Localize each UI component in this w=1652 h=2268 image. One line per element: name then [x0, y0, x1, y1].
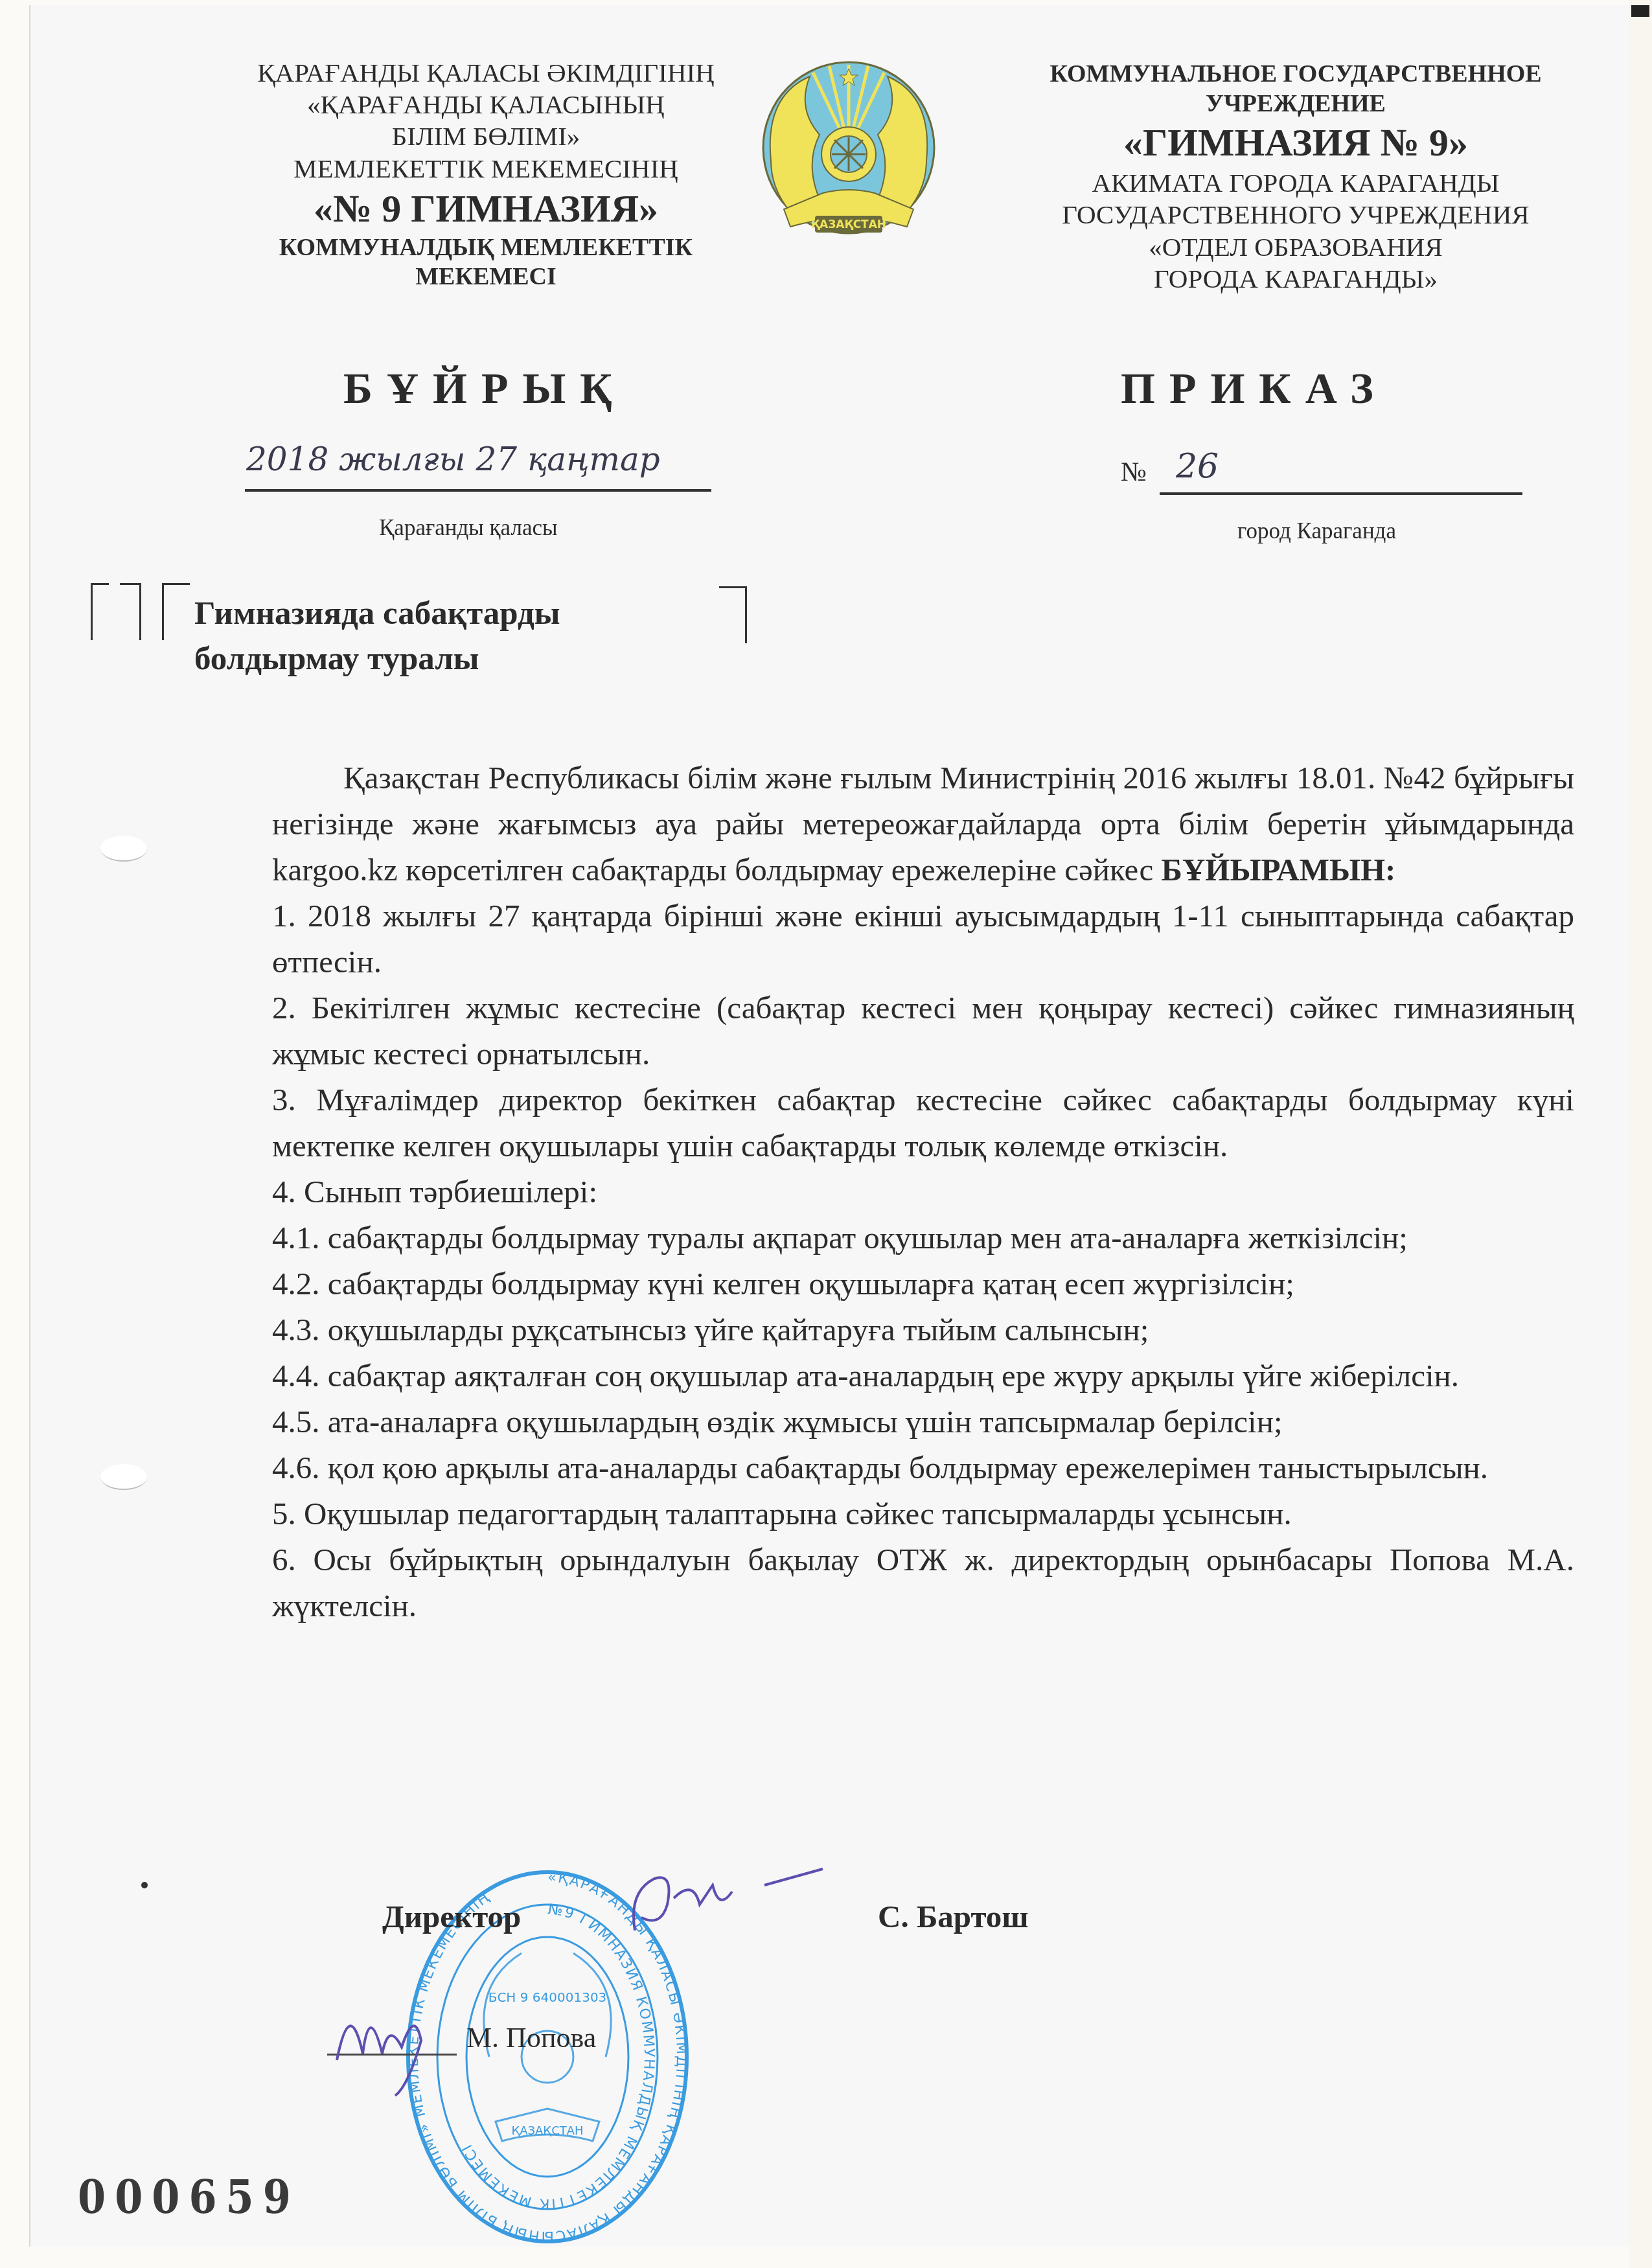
header-kz-line: МЕМЛЕКЕТТІК МЕКЕМЕСІНІҢ: [214, 153, 758, 185]
svg-text:БСН 9 640001303: БСН 9 640001303: [488, 1989, 607, 2005]
subject-line: болдырмау туралы: [194, 636, 560, 682]
header-kz-line: «ҚАРАҒАНДЫ ҚАЛАСЫНЫҢ: [214, 89, 758, 120]
order-item: 2. Бекітілген жұмыс кестесіне (сабақтар …: [272, 985, 1574, 1077]
city-kazakh: Қарағанды қаласы: [379, 515, 558, 541]
acquainted-name: М. Попова: [466, 2021, 596, 2054]
header-ru-line: «ОТДЕЛ ОБРАЗОВАНИЯ: [1017, 231, 1574, 263]
order-body: Қазақстан Республикасы білім және ғылым …: [272, 755, 1574, 1629]
preamble-command: БҰЙЫРАМЫН:: [1162, 852, 1396, 888]
order-subject: Гимназияда сабақтарды болдырмау туралы: [194, 591, 560, 682]
date-underline: [245, 489, 711, 492]
header-russian: КОММУНАЛЬНОЕ ГОСУДАРСТВЕННОЕ УЧРЕЖДЕНИЕ …: [1017, 60, 1574, 295]
header-kz-line: ҚАРАҒАНДЫ ҚАЛАСЫ ӘКІМДІГІНІҢ: [214, 57, 758, 89]
order-number-label: №: [1121, 457, 1147, 488]
signatory-position: Директор: [382, 1898, 521, 1935]
order-item: 4.6. қол қою арқылы ата-аналарды сабақта…: [272, 1445, 1574, 1491]
header-ru-line: ГОСУДАРСТВЕННОГО УЧРЕЖДЕНИЯ: [1017, 199, 1574, 231]
order-item: 1. 2018 жылғы 27 қаңтарда бірінші және е…: [272, 893, 1574, 985]
punch-hole: [100, 1464, 147, 1490]
order-item: 5. Оқушылар педагогтардың талаптарына сә…: [272, 1491, 1574, 1537]
kazakhstan-emblem-icon: ҚАЗАҚСТАН: [758, 57, 939, 248]
number-underline: [1160, 492, 1522, 495]
header-kazakh: ҚАРАҒАНДЫ ҚАЛАСЫ ӘКІМДІГІНІҢ «ҚАРАҒАНДЫ …: [214, 57, 758, 292]
header-kz-institution-name: «№ 9 ГИМНАЗИЯ»: [214, 185, 758, 233]
signatory-name: С. Бартош: [878, 1898, 1029, 1935]
bracket-mark: [91, 583, 109, 640]
header-ru-line: ГОРОДА КАРАГАНДЫ»: [1017, 263, 1574, 295]
scan-edge: [1629, 0, 1652, 2268]
order-item: 6. Осы бұйрықтың орындалуын бақылау ОТЖ …: [272, 1537, 1574, 1629]
header-ru-institution-name: «ГИМНАЗИЯ № 9»: [1017, 119, 1574, 167]
header-ru-line: АКИМАТА ГОРОДА КАРАГАНДЫ: [1017, 167, 1574, 199]
document-title-kazakh: БҰЙРЫҚ: [343, 363, 626, 414]
header-kz-line: КОММУНАЛДЫҚ МЕМЛЕКЕТТІК: [214, 233, 758, 263]
svg-text:ҚАЗАҚСТАН: ҚАЗАҚСТАН: [511, 2124, 583, 2138]
punch-hole: [100, 836, 147, 862]
order-item: 4. Сынып тәрбиешілері:: [272, 1169, 1574, 1215]
serial-number: 000659: [78, 2170, 300, 2225]
order-item: 4.2. сабақтарды болдырмау күні келген оқ…: [272, 1261, 1574, 1307]
bracket-mark: [719, 586, 747, 643]
order-item: 4.1. сабақтарды болдырмау туралы ақпарат…: [272, 1215, 1574, 1261]
svg-text:ҚАЗАҚСТАН: ҚАЗАҚСТАН: [811, 218, 886, 231]
popova-signature-icon: [330, 1982, 460, 2099]
order-item: 4.3. оқушыларды рұқсатынсыз үйге қайтару…: [272, 1307, 1574, 1353]
order-item: 4.4. сабақтар аяқталған соң оқушылар ата…: [272, 1353, 1574, 1399]
subject-line: Гимназияда сабақтарды: [194, 591, 560, 636]
header-ru-line: УЧРЕЖДЕНИЕ: [1017, 89, 1574, 119]
handwritten-date: 2018 жылғы 27 қаңтар: [246, 441, 660, 478]
header-ru-line: КОММУНАЛЬНОЕ ГОСУДАРСТВЕННОЕ: [1017, 60, 1574, 89]
header-kz-line: МЕКЕМЕСІ: [214, 262, 758, 292]
bracket-mark: [162, 583, 190, 640]
header-kz-line: БІЛІМ БӨЛІМІ»: [214, 120, 758, 152]
bracket-mark: [120, 583, 141, 640]
order-item: 3. Мұғалімдер директор бекіткен сабақтар…: [272, 1077, 1574, 1169]
document-title-russian: ПРИКАЗ: [1121, 363, 1388, 414]
scan-mark: [1631, 5, 1649, 17]
scan-dot: [141, 1882, 148, 1888]
preamble: Қазақстан Республикасы білім және ғылым …: [272, 755, 1574, 893]
director-signature-icon: [615, 1866, 829, 1937]
order-item: 4.5. ата-аналарға оқушылардың өздік жұмы…: [272, 1399, 1574, 1445]
handwritten-order-number: 26: [1176, 447, 1219, 486]
city-russian: город Караганда: [1237, 518, 1396, 544]
